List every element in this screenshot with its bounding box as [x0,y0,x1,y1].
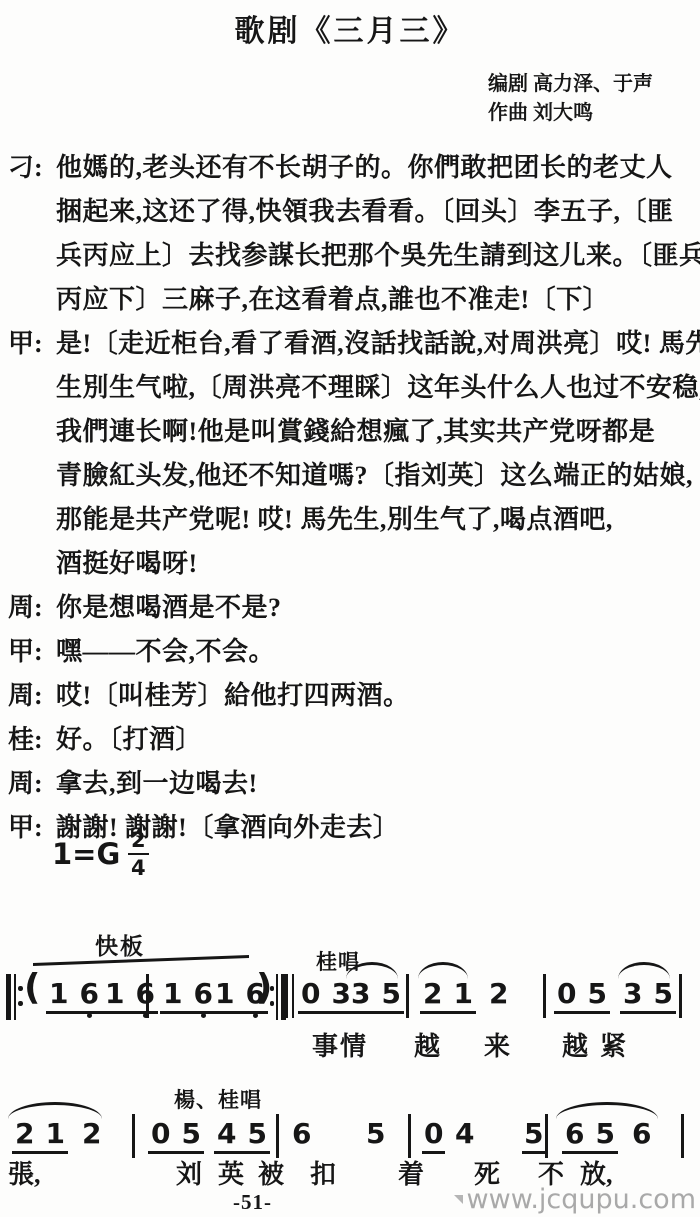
speech-text: 嘿——不会,不会。 [56,630,694,674]
dialogue-line: 你是想喝酒是不是? [56,586,694,630]
speaker-label: 周: [8,586,56,630]
speaker-label: 甲: [8,806,56,850]
note-digit: 1 [45,1120,64,1148]
barline [679,974,682,1018]
note: 6 [292,1120,311,1148]
note: 5 [366,1120,385,1148]
time-signature: 2 4 [127,828,149,880]
key-label: 1=G [52,837,120,871]
beamed-note-group: 21 [420,980,476,1014]
lyric-syllable: 情 [340,1026,366,1063]
octave-dot [201,1013,206,1018]
dialogue-line: 拿去,到一边喝去! [56,762,694,806]
speech-text: 拿去,到一边喝去! [56,762,694,806]
note-digit: 2 [82,1120,101,1148]
note-digit: 1 [163,980,182,1008]
lyric-syllable: 張, [8,1154,41,1191]
beamed-note-group: 16 [160,980,216,1014]
beamed-note-group: 65 [562,1120,618,1154]
lyric-syllable: 扣 [310,1154,336,1191]
dialogue-line: 酒挺好喝呀! [56,542,700,586]
repeat-open-sign [6,974,22,1020]
speech-text: 他媽的,老头还有不长胡子的。你們敢把团长的老丈人捆起来,这还了得,快領我去看看。… [56,146,700,322]
lyric-syllable: 越 [414,1026,440,1063]
note-digit: 6 [565,1120,584,1148]
beamed-note-group: 05 [554,980,610,1014]
note-digit: 2 [489,980,508,1008]
speaker-label: 甲: [8,322,56,366]
dialogue-line: 捆起来,这还了得,快領我去看看。〔回头〕李五子,〔匪 [56,190,700,234]
speech-row: 周:你是想喝酒是不是? [8,586,694,630]
note-digit: 1 [49,980,68,1008]
beamed-note-group: 16 [46,980,102,1014]
dialogue-line: 青臉紅头发,他还不知道嗎?〔指刘英〕这么端正的姑娘, [56,454,700,498]
lyric-syllable: 着 [398,1154,424,1191]
speaker-label: 周: [8,762,56,806]
speech-row: 刁:他媽的,老头还有不长胡子的。你們敢把团长的老丈人捆起来,这还了得,快領我去看… [8,146,694,322]
lyric-syllable: 来 [484,1026,510,1063]
dialogue-line: 是!〔走近柜台,看了看酒,沒話找話說,对周洪亮〕哎! 馬先 [56,322,700,366]
note-digit: 1 [215,980,234,1008]
speech-text: 你是想喝酒是不是? [56,586,694,630]
watermark-logo-icon [454,1195,463,1204]
note-digit: 1 [453,980,472,1008]
beamed-note-group: 45 [214,1120,270,1154]
crescendo-wedge [33,954,249,972]
note: 5 [522,1120,545,1154]
note-digit: 5 [524,1120,543,1148]
dialogue-line: 那能是共产党呢! 哎! 馬先生,別生气了,喝点酒吧, [56,498,700,542]
beamed-note-group: 16 [102,980,158,1014]
barline [543,974,546,1018]
credits: 编剧 高力泽、于声 作曲 刘大鸣 [488,70,653,128]
lyric-syllable: 事 [312,1026,338,1063]
note-digit: 0 [301,980,320,1008]
note-digit: 5 [653,980,672,1008]
note-digit: 5 [381,980,400,1008]
note: 0 [422,1120,445,1154]
barline [276,1114,279,1158]
note-digit: 5 [366,1120,385,1148]
time-signature-numerator: 2 [128,828,149,855]
note-digit: 0 [151,1120,170,1148]
barline [681,1114,684,1158]
speech-text: 是!〔走近柜台,看了看酒,沒話找話說,对周洪亮〕哎! 馬先生別生气啦,〔周洪亮不… [56,322,700,586]
beamed-note-group: 35 [348,980,404,1014]
note-digit: 0 [424,1120,443,1148]
note-digit: 5 [181,1120,200,1148]
note-digit: 1 [105,980,124,1008]
lyric-syllable: 刘 [176,1154,202,1191]
note-digit: 6 [79,980,98,1008]
speaker-label: 甲: [8,630,56,674]
note: 6 [632,1120,651,1148]
speaker-label: 桂: [8,718,56,762]
note-digit: 5 [595,1120,614,1148]
barline [132,1114,135,1158]
repeat-close-sign [270,974,286,1020]
speech-row: 周:哎!〔叫桂芳〕給他打四两酒。 [8,674,694,718]
note-digit: 4 [217,1120,236,1148]
note-digit: 2 [15,1120,34,1148]
dialogue-line: 丙应下〕三麻子,在这看着点,誰也不准走!〔下〕 [56,278,700,322]
note: 4 [455,1120,474,1148]
dialogue-line: 他媽的,老头还有不长胡子的。你們敢把团长的老丈人 [56,146,700,190]
parenthesis: ( [24,970,40,1006]
note-digit: 5 [587,980,606,1008]
lyric-syllable: 越 [562,1026,588,1063]
note-digit: 0 [557,980,576,1008]
barline [545,1114,548,1158]
lyric-syllable: 英 [218,1154,244,1191]
vocal-part-label: 楊、桂唱 [174,1084,262,1114]
speech-row: 甲:是!〔走近柜台,看了看酒,沒話找話說,对周洪亮〕哎! 馬先生別生气啦,〔周洪… [8,322,694,586]
music-notation: 快板(16161616)桂唱03352120535事情越来越紧楊、桂唱21205… [0,900,700,1217]
lyric-syllable: 紧 [600,1026,626,1063]
page-number: -51- [233,1190,272,1215]
note-digit: 4 [455,1120,474,1148]
speech-text: 謝謝! 謝謝!〔拿酒向外走去〕 [56,806,694,850]
dialogue-line: 我們連长啊!他是叫賞錢給想瘋了,其实共产党呀都是 [56,410,700,454]
barline [146,974,149,1018]
time-signature-denominator: 4 [131,855,146,880]
dialogue-line: 生別生气啦,〔周洪亮不理睬〕这年头什么人也过不安稳, [56,366,700,410]
beamed-note-group: 35 [620,980,676,1014]
speech-row: 桂:好。〔打酒〕 [8,718,694,762]
speech-row: 甲:嘿——不会,不会。 [8,630,694,674]
note-digit: 3 [351,980,370,1008]
octave-dot [87,1013,92,1018]
barline [406,974,409,1018]
watermark: www.jcqupu.com [454,1184,696,1215]
speech-row: 周:拿去,到一边喝去! [8,762,694,806]
note-digit: 6 [292,1120,311,1148]
note: 2 [489,980,508,1008]
speech-text: 哎!〔叫桂芳〕給他打四两酒。 [56,674,694,718]
score-book-page: 歌剧《三月三》 编剧 高力泽、于声 作曲 刘大鸣 刁:他媽的,老头还有不长胡子的… [0,0,700,1217]
note-digit: 6 [632,1120,651,1148]
credit-playwright: 编剧 高力泽、于声 [488,70,653,99]
lyric-syllable: 被 [258,1154,284,1191]
note-digit: 6 [193,980,212,1008]
key-signature: 1=G 2 4 [52,828,149,880]
note-digit: 5 [247,1120,266,1148]
double-barline [286,974,294,1018]
speaker-label: 刁: [8,146,56,190]
dialogue-line: 謝謝! 謝謝!〔拿酒向外走去〕 [56,806,694,850]
beamed-note-group: 21 [12,1120,68,1154]
octave-dot [253,1013,258,1018]
note: 2 [82,1120,101,1148]
beamed-note-group: 05 [148,1120,204,1154]
dialogue-line: 嘿——不会,不会。 [56,630,694,674]
dialogue-line: 兵丙应上〕去找参謀长把那个吳先生請到这儿来。〔匪兵 [56,234,700,278]
dialogue-block: 刁:他媽的,老头还有不长胡子的。你們敢把团长的老丈人捆起来,这还了得,快領我去看… [8,146,694,850]
page-title: 歌剧《三月三》 [0,6,700,50]
barline [408,1114,411,1158]
dialogue-line: 好。〔打酒〕 [56,718,694,762]
watermark-text: www.jcqupu.com [467,1184,696,1215]
beamed-note-group: 03 [298,980,354,1014]
credit-composer: 作曲 刘大鸣 [488,99,653,128]
note-digit: 3 [623,980,642,1008]
speech-text: 好。〔打酒〕 [56,718,694,762]
dialogue-line: 哎!〔叫桂芳〕給他打四两酒。 [56,674,694,718]
speaker-label: 周: [8,674,56,718]
note-digit: 2 [423,980,442,1008]
